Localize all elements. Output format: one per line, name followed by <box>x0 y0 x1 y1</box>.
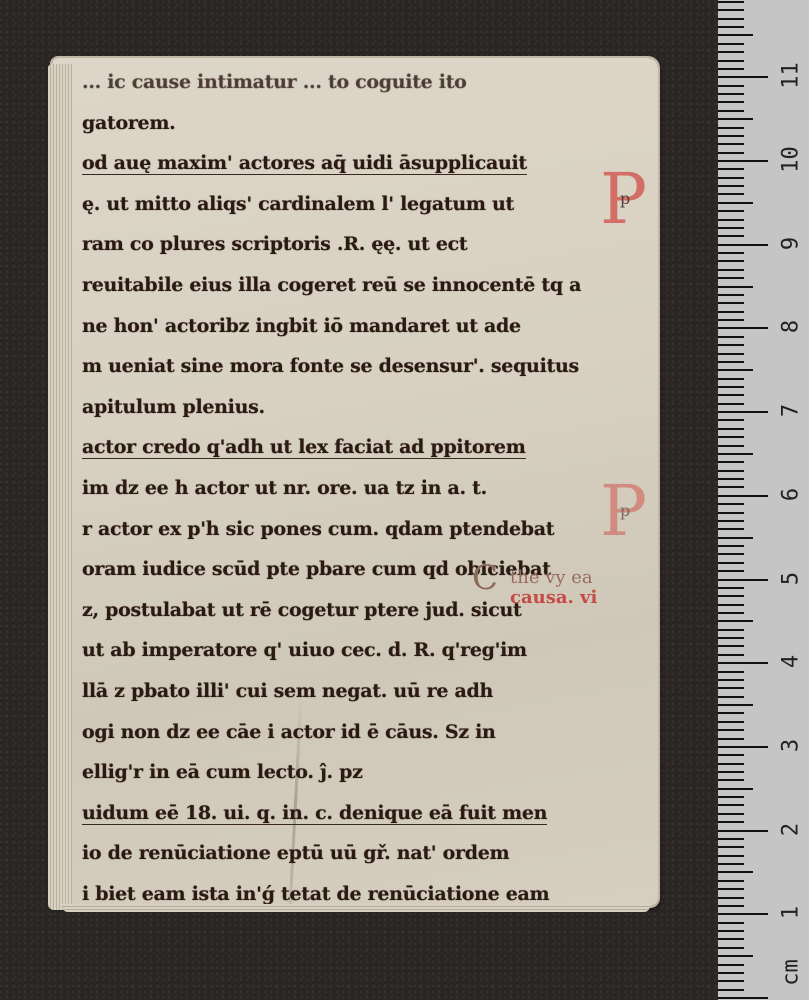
line-text: ram co plures scriptoris .R. ęę. ut ect <box>82 233 467 255</box>
ruler-tick <box>718 997 768 999</box>
ruler-tick <box>718 595 744 597</box>
manuscript-line: ellig'r in eā cum lecto. ĵ. pz <box>82 752 642 793</box>
ruler-tick <box>718 277 744 279</box>
ruler-tick <box>718 185 744 187</box>
ruler-tick <box>718 587 744 589</box>
ruler-cm-label: 5 <box>779 563 804 593</box>
ruler-tick <box>718 386 744 388</box>
ruler-tick <box>718 302 744 304</box>
ruler-tick <box>718 804 744 806</box>
ruler-tick <box>718 135 744 137</box>
ruler-tick <box>718 85 744 87</box>
manuscript-leaf: ... ic cause intimatur ... to coguite it… <box>52 58 658 906</box>
ruler-tick <box>718 51 744 53</box>
ruler-cm-label: 4 <box>779 647 804 677</box>
manuscript-line: i biet eam ista in'ǵ tetat de renūciatio… <box>82 874 642 915</box>
ruler-tick <box>718 378 744 380</box>
ruler-tick <box>718 930 744 932</box>
ruler-tick <box>718 252 744 254</box>
ruler-tick <box>718 821 744 823</box>
ruler-tick <box>718 863 744 865</box>
ruler-unit-label: cm <box>779 958 804 988</box>
ruler-tick <box>718 1 744 3</box>
ruler-tick <box>718 18 744 20</box>
ruler-tick <box>718 353 744 355</box>
ruler-tick <box>718 645 744 647</box>
ruler-tick <box>718 403 744 405</box>
manuscript-line: gatorem. <box>82 103 642 144</box>
ruler-tick <box>718 779 744 781</box>
line-text: ellig'r in eā cum lecto. ĵ. pz <box>82 761 363 783</box>
manuscript-line: ogi non dz ee cāe i actor id ē cāus. Sz … <box>82 712 642 753</box>
ruler-tick <box>718 210 744 212</box>
ruler-cm-label: 11 <box>779 61 804 91</box>
ruler-tick <box>718 219 744 221</box>
line-text: llā z pbato illi' cui sem negat. uū re a… <box>82 680 493 702</box>
manuscript-line: uidum eē 18. ui. q. in. c. denique eā fu… <box>82 793 642 834</box>
ruler-tick <box>718 696 744 698</box>
line-text: uidum eē 18. ui. q. in. c. denique eā fu… <box>82 802 547 825</box>
note-capital: C <box>472 568 498 588</box>
ruler-tick <box>718 453 753 455</box>
ruler-tick <box>718 344 744 346</box>
line-text: ut ab imperatore q' uiuo cec. d. R. q're… <box>82 639 527 661</box>
ruler-tick <box>718 177 744 179</box>
ruler-tick <box>718 654 744 656</box>
ruler-cm-label: 2 <box>779 814 804 844</box>
ruler-tick <box>718 687 744 689</box>
ruler-tick <box>718 788 753 790</box>
ruler-tick <box>718 796 744 798</box>
red-initial-middle: P p <box>600 472 646 550</box>
line-text: gatorem. <box>82 112 175 134</box>
ruler-tick <box>718 570 744 572</box>
ruler-tick <box>718 486 744 488</box>
ruler-tick <box>718 244 768 246</box>
ruler-cm-label: 9 <box>779 228 804 258</box>
ruler-tick <box>718 470 744 472</box>
ruler-tick <box>718 846 744 848</box>
ruler-tick <box>718 152 744 154</box>
ruler-tick <box>718 235 744 237</box>
manuscript-line: actor credo q'adh ut lex faciat ad ppito… <box>82 427 642 468</box>
ruler-tick <box>718 60 744 62</box>
marginal-rubric-note: C the vy ea causa. vi <box>472 568 662 618</box>
ruler-tick <box>718 989 744 991</box>
ruler-tick <box>718 922 744 924</box>
ruler-tick <box>718 445 744 447</box>
ruler-tick <box>718 76 768 78</box>
ruler-tick <box>718 721 744 723</box>
ruler-tick <box>718 520 744 522</box>
manuscript-line: ut ab imperatore q' uiuo cec. d. R. q're… <box>82 630 642 671</box>
ruler-tick <box>718 495 768 497</box>
note-line-2: causa. vi <box>510 588 597 608</box>
ruler-tick <box>718 436 744 438</box>
ruler-tick <box>718 294 744 296</box>
ruler-tick <box>718 68 744 70</box>
manuscript-line: od auę maxim' actores aq̄ uidi āsupplica… <box>82 143 642 184</box>
manuscript-line: ram co plures scriptoris .R. ęę. ut ect <box>82 224 642 265</box>
manuscript-line: ę. ut mitto aliqs' cardinalem l' legatum… <box>82 184 642 225</box>
line-text: ę. ut mitto aliqs' cardinalem l' legatum… <box>82 193 514 215</box>
ruler-tick <box>718 629 744 631</box>
ruler-tick <box>718 938 744 940</box>
ruler-tick <box>718 269 744 271</box>
ruler-tick <box>718 763 744 765</box>
manuscript-line: r actor ex p'h sic pones cum. qdam ptend… <box>82 509 642 550</box>
ruler-tick <box>718 620 753 622</box>
manuscript-line: im dz ee h actor ut nr. ore. ua tz in a.… <box>82 468 642 509</box>
ruler-tick <box>718 880 744 882</box>
ruler-tick <box>718 855 744 857</box>
ruler-tick <box>718 604 744 606</box>
ruler-tick <box>718 127 744 129</box>
ruler-tick <box>718 913 768 915</box>
ruler-tick <box>718 193 744 195</box>
ruler-tick <box>718 286 753 288</box>
ruler-tick <box>718 905 744 907</box>
ruler-tick <box>718 461 744 463</box>
manuscript-line: m ueniat sine mora fonte se desensur'. s… <box>82 346 642 387</box>
ruler-tick <box>718 746 768 748</box>
line-text: ogi non dz ee cāe i actor id ē cāus. Sz … <box>82 721 496 743</box>
manuscript-line: reuitabile eius illa cogeret reū se inno… <box>82 265 642 306</box>
ruler-tick <box>718 704 753 706</box>
ruler-tick <box>718 311 744 313</box>
ruler-tick <box>718 503 744 505</box>
ruler-tick <box>718 545 744 547</box>
ruler-tick <box>718 729 744 731</box>
ruler-tick <box>718 336 744 338</box>
manuscript-line: ne hon' actoribz ingbit iō mandaret ut a… <box>82 306 642 347</box>
ruler-cm-label: 6 <box>779 479 804 509</box>
ruler-tick <box>718 830 768 832</box>
ruler-tick <box>718 93 744 95</box>
centimetre-ruler: cm1234567891011 <box>718 0 809 1000</box>
line-text: i biet eam ista in'ǵ tetat de renūciatio… <box>82 883 549 905</box>
ruler-tick <box>718 43 744 45</box>
ruler-tick <box>718 143 744 145</box>
manuscript-line: apitulum plenius. <box>82 387 642 428</box>
ruler-tick <box>718 319 744 321</box>
ruler-tick <box>718 394 744 396</box>
ruler-tick <box>718 964 744 966</box>
line-text: ... ic cause intimatur ... to coguite it… <box>82 71 467 93</box>
ruler-tick <box>718 528 744 530</box>
ruler-tick <box>718 227 744 229</box>
ruler-tick <box>718 202 753 204</box>
ruler-tick <box>718 712 744 714</box>
ruler-tick <box>718 980 744 982</box>
ruler-tick <box>718 838 744 840</box>
ruler-cm-label: 7 <box>779 396 804 426</box>
line-text: od auę maxim' actores aq̄ uidi āsupplica… <box>82 152 527 175</box>
ruler-tick <box>718 871 753 873</box>
ruler-tick <box>718 637 744 639</box>
ruler-tick <box>718 612 744 614</box>
ruler-tick <box>718 411 768 413</box>
ruler-tick <box>718 771 744 773</box>
ruler-tick <box>718 118 753 120</box>
ruler-tick <box>718 754 744 756</box>
ruler-tick <box>718 419 744 421</box>
note-line-1: the vy ea <box>510 568 593 588</box>
ruler-tick <box>718 34 753 36</box>
ruler-tick <box>718 512 744 514</box>
ruler-tick <box>718 813 744 815</box>
line-text: m ueniat sine mora fonte se desensur'. s… <box>82 355 579 377</box>
ruler-tick <box>718 562 744 564</box>
ruler-cm-label: 8 <box>779 312 804 342</box>
ruler-tick <box>718 537 753 539</box>
ruler-tick <box>718 553 744 555</box>
line-text: im dz ee h actor ut nr. ore. ua tz in a.… <box>82 477 487 499</box>
ruler-tick <box>718 897 744 899</box>
ruler-tick <box>718 679 744 681</box>
ruler-tick <box>718 888 744 890</box>
ruler-tick <box>718 955 753 957</box>
manuscript-line: io de renūciatione eptū uū gř. nat' orde… <box>82 833 642 874</box>
initial-mark: p <box>620 160 630 238</box>
manuscript-text: ... ic cause intimatur ... to coguite it… <box>82 62 642 914</box>
line-text: z, postulabat ut rē cogetur ptere jud. s… <box>82 599 521 621</box>
ruler-tick <box>718 947 744 949</box>
ruler-tick <box>718 361 744 363</box>
ruler-tick <box>718 327 768 329</box>
ruler-tick <box>718 972 744 974</box>
line-text: io de renūciatione eptū uū gř. nat' orde… <box>82 842 509 864</box>
ruler-cm-label: 3 <box>779 730 804 760</box>
ruler-tick <box>718 738 744 740</box>
ruler-tick <box>718 369 753 371</box>
manuscript-line: ... ic cause intimatur ... to coguite it… <box>82 62 642 103</box>
ruler-tick <box>718 26 744 28</box>
ruler-tick <box>718 9 744 11</box>
ruler-tick <box>718 428 744 430</box>
ruler-tick <box>718 662 768 664</box>
ruler-tick <box>718 478 744 480</box>
ruler-tick <box>718 160 768 162</box>
ruler-tick <box>718 101 744 103</box>
ruler-tick <box>718 579 768 581</box>
ruler-tick <box>718 110 744 112</box>
manuscript-line: llā z pbato illi' cui sem negat. uū re a… <box>82 671 642 712</box>
line-text: apitulum plenius. <box>82 396 265 418</box>
ruler-cm-label: 10 <box>779 145 804 175</box>
initial-mark: p <box>620 472 630 550</box>
red-initial-upper: P p <box>600 160 646 238</box>
line-text: ne hon' actoribz ingbit iō mandaret ut a… <box>82 315 521 337</box>
ruler-tick <box>718 671 744 673</box>
line-text: reuitabile eius illa cogeret reū se inno… <box>82 274 581 296</box>
line-text: r actor ex p'h sic pones cum. qdam ptend… <box>82 518 554 540</box>
ruler-tick <box>718 168 744 170</box>
ruler-cm-label: 1 <box>779 898 804 928</box>
ruler-tick <box>718 260 744 262</box>
line-text: actor credo q'adh ut lex faciat ad ppito… <box>82 436 526 459</box>
